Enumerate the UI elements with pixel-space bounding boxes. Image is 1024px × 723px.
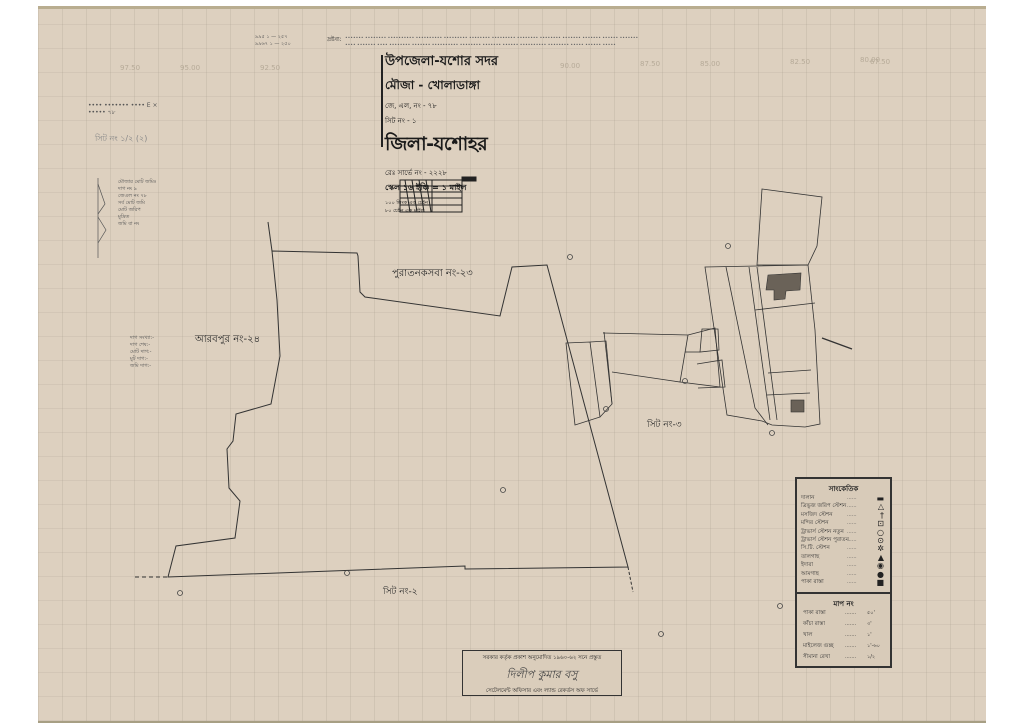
measure-item: মাইলেজ গুচ্ছ.......১'-৬০	[797, 643, 890, 654]
legend-box: সাংকেতিক দালান......▬ ত্রিভুজ জরিপ স্টেশ…	[795, 477, 892, 594]
square-filled-icon: ■	[876, 578, 884, 587]
building-hatch	[766, 273, 804, 412]
legend-item: মসজিদ স্টেশন......†	[797, 512, 890, 520]
certificate-box: সরকার কর্তৃক প্রকাশ অনুমোদিত ১৯৬০-৬২ সনে…	[462, 650, 622, 696]
certificate-line1: সরকার কর্তৃক প্রকাশ অনুমোদিত ১৯৬০-৬২ সনে…	[463, 655, 621, 663]
measure-item: পাকা রাস্তা.......৫০'	[797, 610, 890, 621]
measure-item: খাল.......১'	[797, 632, 890, 643]
measure-box: মাপ নং পাকা রাস্তা.......৫০' কাঁচা রাস্ত…	[795, 592, 892, 668]
measure-title: মাপ নং	[797, 598, 890, 610]
measure-item: কাঁচা রাস্তা.......৩'	[797, 621, 890, 632]
scale-bar	[400, 177, 476, 212]
legend-item: ত্রিভুজ জরিপ স্টেশন......△	[797, 503, 890, 511]
traverse-stations	[178, 244, 783, 637]
certificate-line3: সেটেলমেন্ট অফিসার এবং ল্যান্ড রেকর্ডস অফ…	[463, 688, 621, 696]
legend-item: ট্রাভার্স স্টেশন নতুন......○	[797, 529, 890, 537]
legend-item: সি.টি. স্টেশন......✲	[797, 545, 890, 553]
measure-item: সীমানা রেখা.......১/২	[797, 654, 890, 665]
signature: দিলীপ কুমার বসু	[463, 666, 621, 685]
legend-item: পাকা রাস্তা......■	[797, 579, 890, 587]
